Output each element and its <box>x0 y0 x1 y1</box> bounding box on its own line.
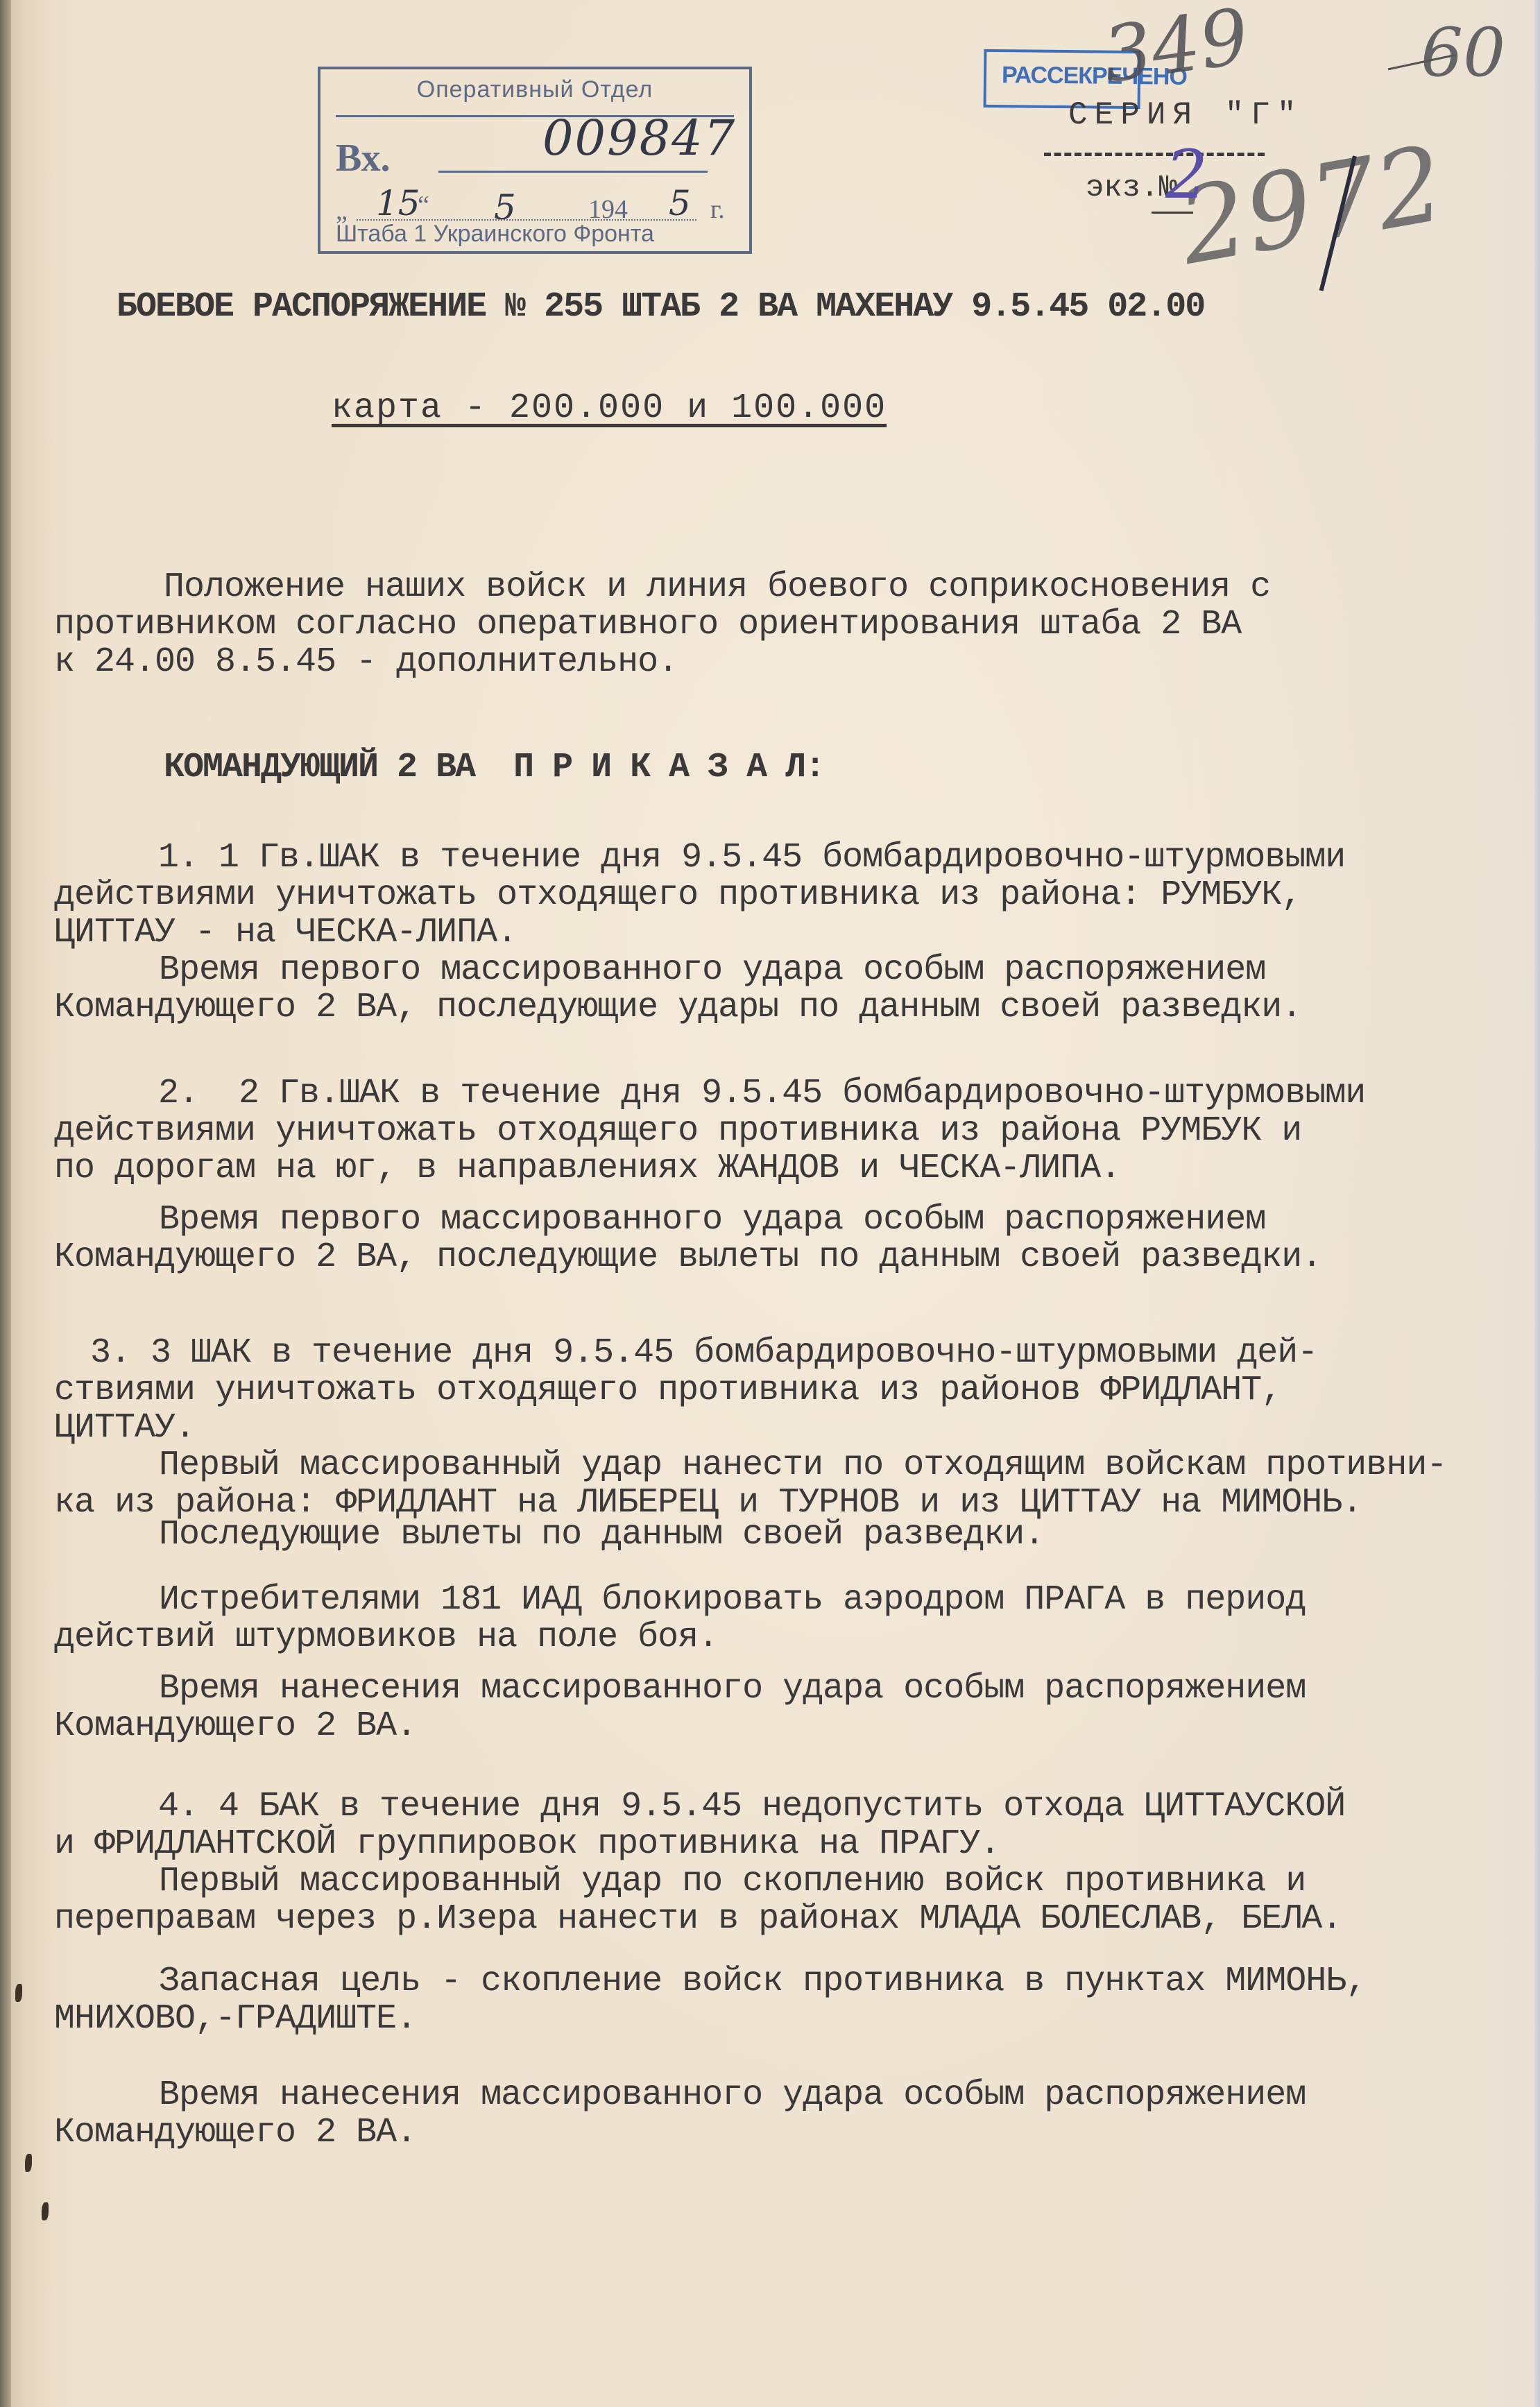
copy-label: экз.№ <box>1086 171 1177 205</box>
intro-line: Положение наших войск и линия боевого со… <box>164 567 1270 607</box>
item-4-line: Время нанесения массированного удара осо… <box>99 2075 1306 2115</box>
item-1-line: Время первого массированного удара особы… <box>99 950 1265 990</box>
date-day: 15 <box>376 183 420 223</box>
item-1-line: ЦИТТАУ - на ЧЕСКА-ЛИПА. <box>54 913 517 952</box>
margin-tear <box>42 2202 49 2220</box>
item-4-line: Запасная цель - скопление войск противни… <box>99 1962 1366 2001</box>
copy-number: 2 <box>1165 136 1208 214</box>
item-2-line: 2. 2 Гв.ШАК в течение дня 9.5.45 бомбард… <box>158 1074 1365 1113</box>
page-right-edge <box>1534 0 1540 2407</box>
item-4-line: переправам через р.Изера нанести в район… <box>54 1899 1342 1939</box>
incoming-stamp: Оперативный Отдел Вх. 009847 „ 15 “ 5 19… <box>318 67 752 254</box>
pencil-page-number: 60 <box>1421 14 1505 92</box>
item-3-line: ствиями уничтожать отходящего противника… <box>54 1371 1281 1410</box>
stamp-number-line <box>438 171 708 173</box>
document-heading: БОЕВОЕ РАСПОРЯЖЕНИЕ № 255 ШТАБ 2 ВА МАХЕ… <box>117 287 1204 327</box>
item-3-line: Истребителями 181 ИАД блокировать аэродр… <box>99 1580 1306 1620</box>
item-2-line: Командующего 2 ВА, последующие вылеты по… <box>54 1237 1321 1277</box>
intro-line: к 24.00 8.5.45 - дополнительно. <box>54 642 678 682</box>
stamp-footer: Штаба 1 Украинского Фронта <box>336 221 654 248</box>
item-2-line: Время первого массированного удара особы… <box>99 1200 1265 1240</box>
date-year-unit: г. <box>710 194 725 225</box>
item-3-line: Первый массированный удар нанести по отх… <box>99 1446 1446 1485</box>
item-2-line: действиями уничтожать отходящего противн… <box>54 1111 1301 1151</box>
date-year-suffix: 5 <box>669 183 691 223</box>
series-label: СЕРИЯ "Г" <box>1068 97 1303 133</box>
stamp-incoming-number: 009847 <box>542 110 736 166</box>
item-4-line: Первый массированный удар по скоплению в… <box>99 1862 1306 1901</box>
item-4-line: МНИХОВО,-ГРАДИШТЕ. <box>54 1999 416 2039</box>
item-3-line: действий штурмовиков на поле боя. <box>54 1618 718 1657</box>
margin-tear <box>25 2154 32 2172</box>
item-4-line: 4. 4 БАК в течение дня 9.5.45 недопустит… <box>158 1787 1345 1826</box>
item-1-line: действиями уничтожать отходящего противн… <box>54 875 1301 915</box>
item-1-line: 1. 1 Гв.ШАК в течение дня 9.5.45 бомбард… <box>158 838 1345 877</box>
item-4-line: Командующего 2 ВА. <box>54 2113 416 2152</box>
series-rule <box>1044 153 1265 156</box>
margin-tear <box>15 1984 22 2002</box>
order-header: КОМАНДУЮЩИЙ 2 ВА П Р И К А З А Л: <box>164 748 824 787</box>
item-3-line: 3. 3 ШАК в течение дня 9.5.45 бомбардиро… <box>90 1333 1317 1373</box>
item-4-line: и ФРИДЛАНТСКОЙ группировок противника на… <box>54 1824 1000 1864</box>
item-3-line: Командующего 2 ВА. <box>54 1706 416 1746</box>
intro-line: противником согласно оперативного ориент… <box>54 605 1241 644</box>
map-scale-line: карта - 200.000 и 100.000 <box>332 388 887 428</box>
item-2-line: по дорогам на юг, в направлениях ЖАНДОВ … <box>54 1149 1120 1188</box>
stamp-incoming-prefix: Вх. <box>336 136 391 180</box>
item-1-line: Командующего 2 ВА, последующие удары по … <box>54 988 1301 1027</box>
item-3-line: Последующие вылеты по данным своей разве… <box>99 1515 1044 1554</box>
date-close-quote: “ <box>418 190 429 221</box>
item-3-line: ЦИТТАУ. <box>54 1408 195 1448</box>
binding-edge <box>0 0 11 2407</box>
item-3-line: Время нанесения массированного удара осо… <box>99 1669 1306 1708</box>
stamp-department: Оперативный Отдел <box>320 76 749 103</box>
